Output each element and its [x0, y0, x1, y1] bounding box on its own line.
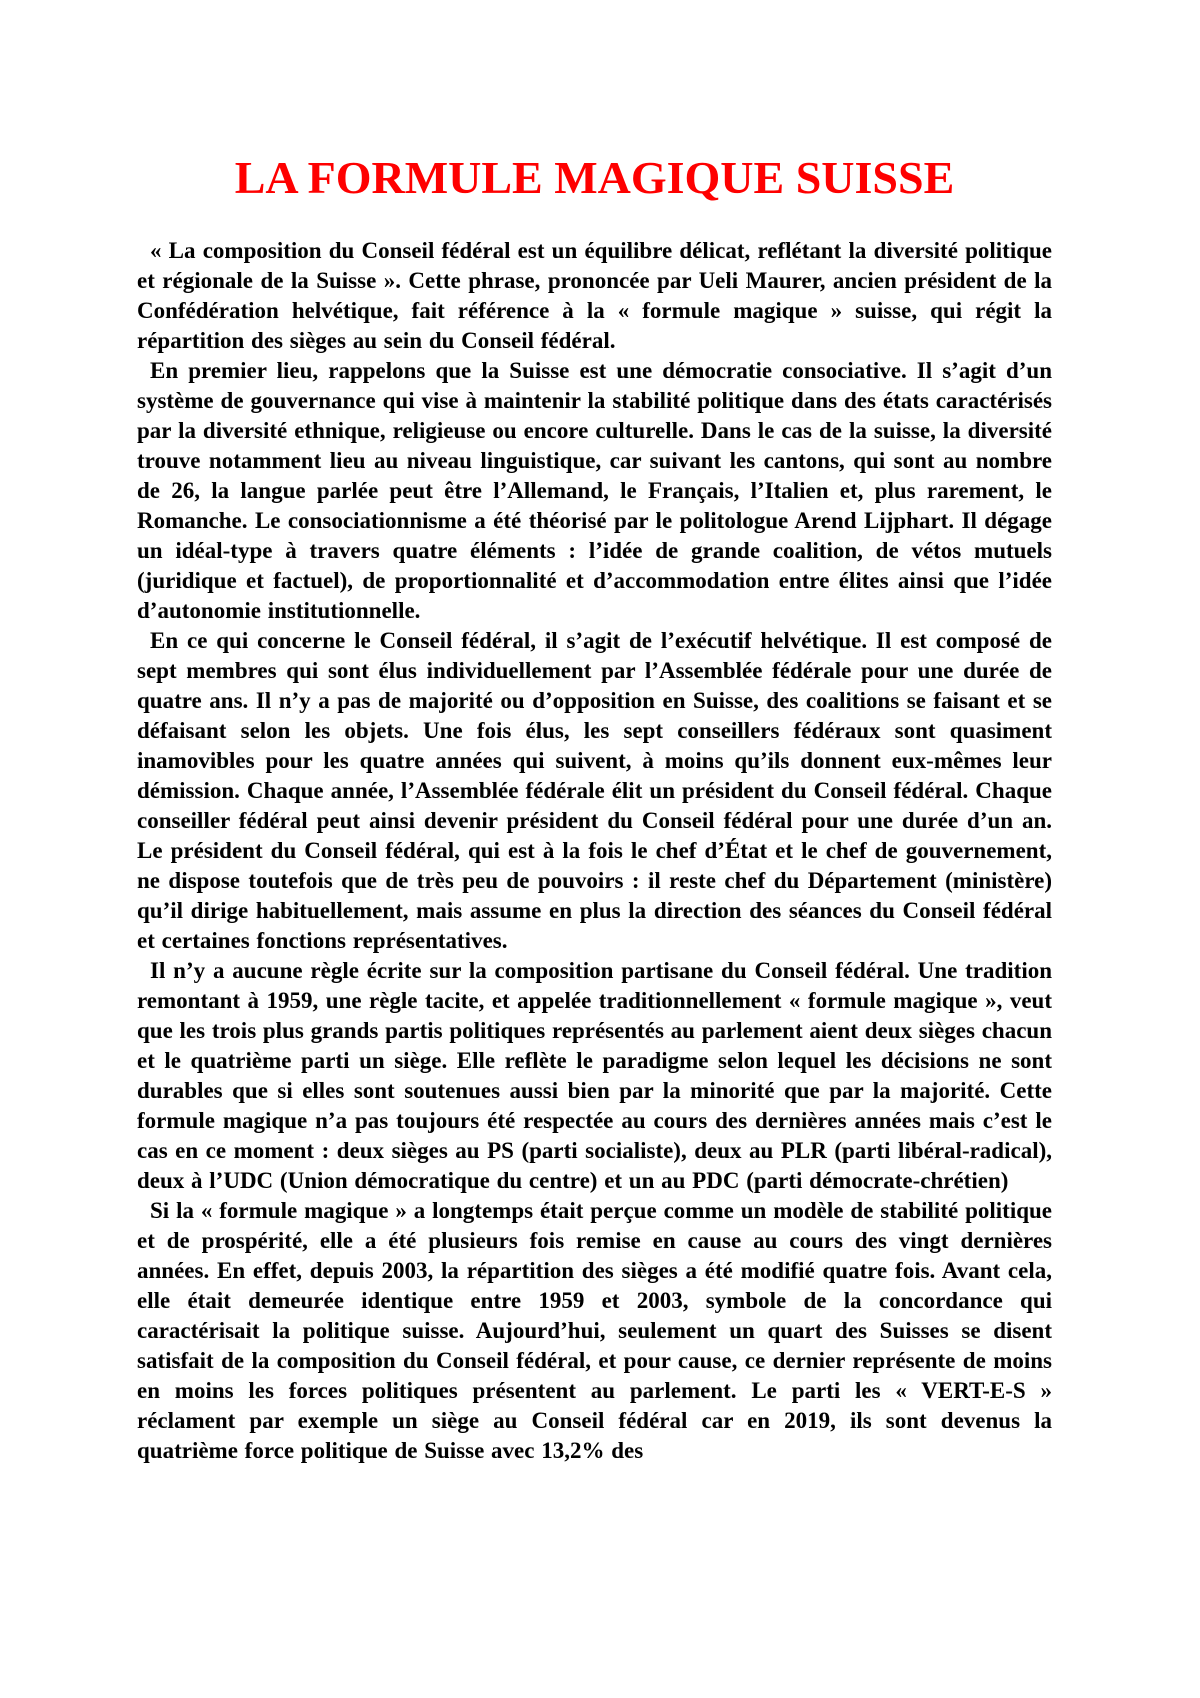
- document-title: LA FORMULE MAGIQUE SUISSE: [137, 150, 1052, 206]
- paragraph-intro-quote: « La composition du Conseil fédéral est …: [137, 236, 1052, 356]
- paragraph-conseil-federal: En ce qui concerne le Conseil fédéral, i…: [137, 626, 1052, 956]
- paragraph-democratie-consociative: En premier lieu, rappelons que la Suisse…: [137, 356, 1052, 626]
- document-page: LA FORMULE MAGIQUE SUISSE « La compositi…: [0, 0, 1200, 1698]
- document-body: « La composition du Conseil fédéral est …: [137, 236, 1052, 1466]
- paragraph-regle-tacite: Il n’y a aucune règle écrite sur la comp…: [137, 956, 1052, 1196]
- paragraph-remise-en-cause: Si la « formule magique » a longtemps ét…: [137, 1196, 1052, 1466]
